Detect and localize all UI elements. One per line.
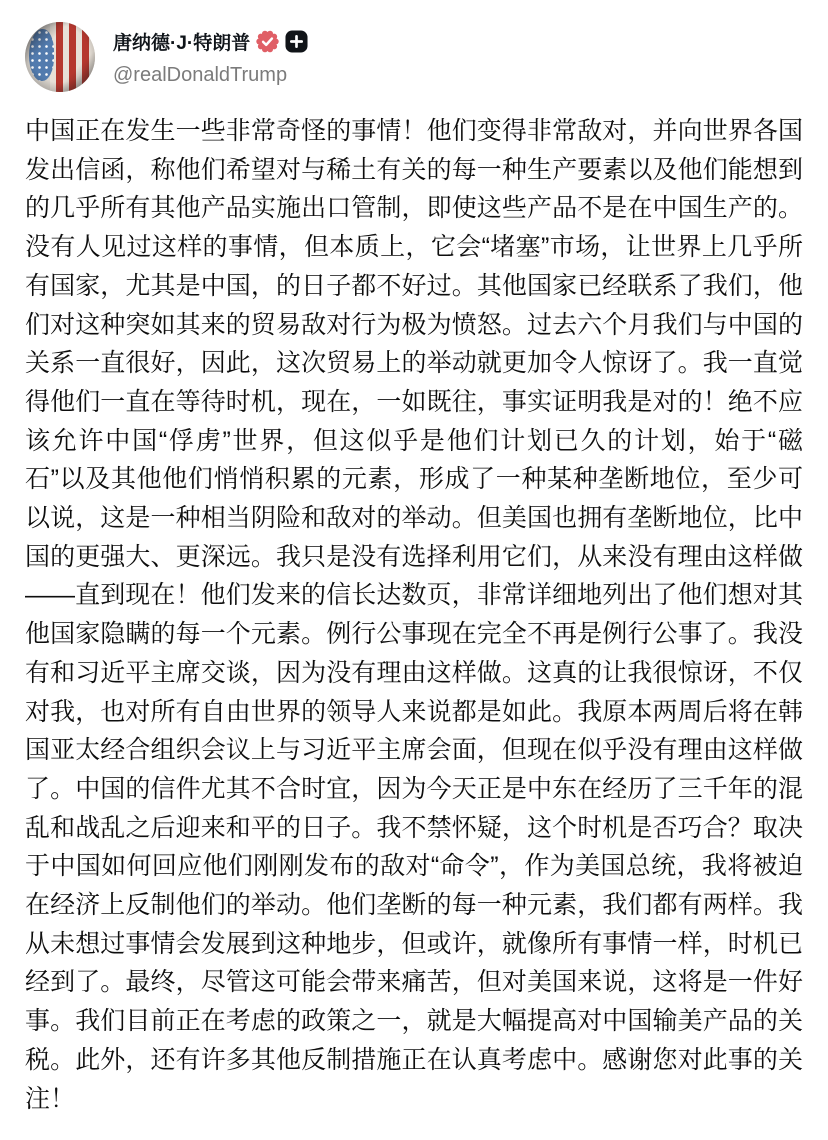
post-card: 唐纳德·J·特朗普 <box>0 0 828 1140</box>
avatar[interactable] <box>25 22 95 92</box>
name-row: 唐纳德·J·特朗普 <box>113 28 308 55</box>
post-header: 唐纳德·J·特朗普 <box>25 22 308 92</box>
identity-block: 唐纳德·J·特朗普 <box>113 22 308 87</box>
display-name[interactable]: 唐纳德·J·特朗普 <box>113 28 250 55</box>
avatar-vignette <box>25 22 95 92</box>
verified-badge-icon <box>256 30 279 53</box>
follow-plus-button[interactable] <box>285 30 308 53</box>
post-text: 中国正在发生一些非常奇怪的事情！他们变得非常敌对，并向世界各国发出信函，称他们希… <box>25 112 803 1118</box>
user-handle: @realDonaldTrump <box>113 64 308 87</box>
